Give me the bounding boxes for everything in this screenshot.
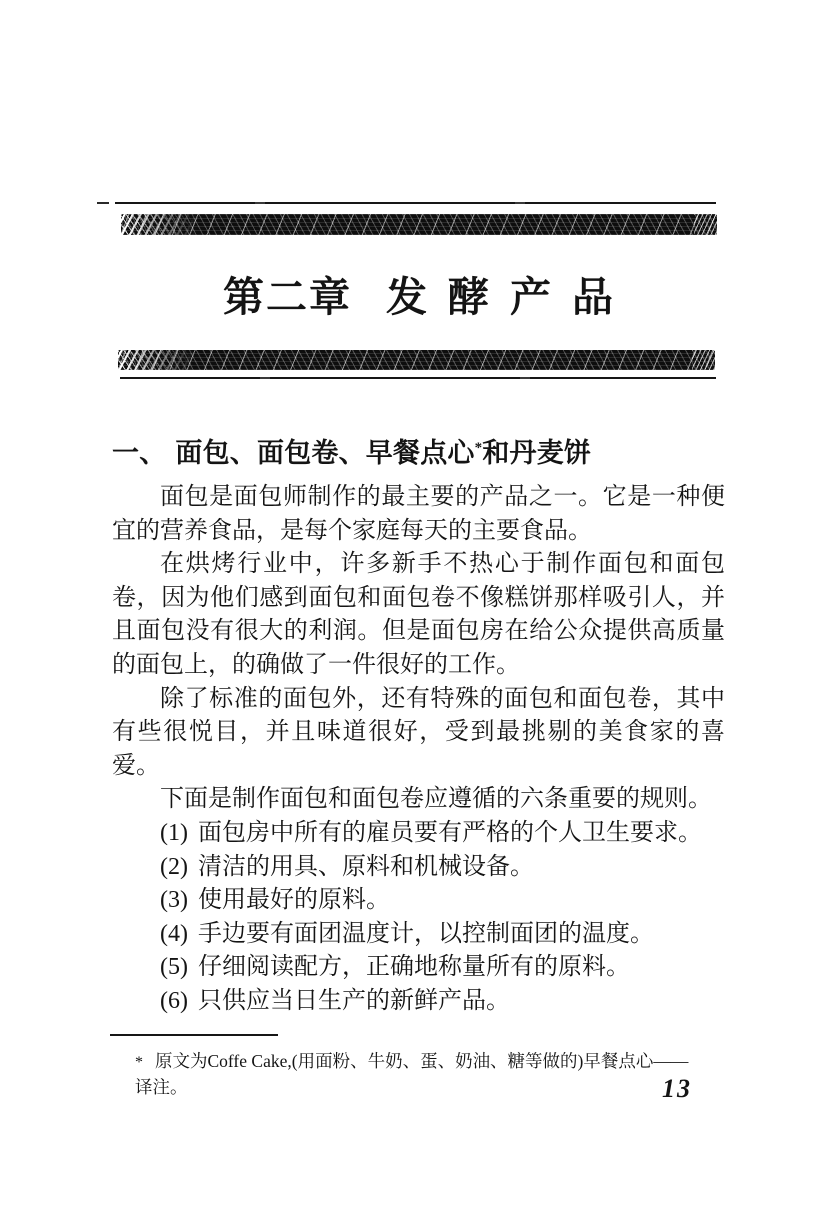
- footnote-text: 原文为Coffe Cake,(用面粉、牛奶、蛋、奶油、糖等做的)早餐点心——译注…: [135, 1051, 688, 1097]
- body-text: 面包是面包师制作的最主要的产品之一。它是一种便宜的营养食品，是每个家庭每天的主要…: [112, 481, 725, 1019]
- chapter-ornament-band-bottom: [118, 350, 715, 370]
- rule-item-number: (2): [160, 854, 188, 880]
- rule-item-text: 手边要有面团温度计，以控制面团的温度。: [198, 921, 654, 947]
- footnote-marker: *: [135, 1054, 143, 1071]
- rule-item-number: (4): [160, 921, 188, 947]
- section-heading: 一、面包、面包卷、早餐点心*和丹麦饼: [112, 431, 591, 470]
- section-title-part1: 面包、面包卷、早餐点心: [175, 438, 474, 468]
- book-page: 第二章发酵产品 一、面包、面包卷、早餐点心*和丹麦饼 面包是面包师制作的最主要的…: [0, 0, 835, 1205]
- rule-item-text: 面包房中所有的雇员要有严格的个人卫生要求。: [198, 820, 702, 846]
- section-number: 一、: [112, 438, 166, 468]
- rule-list-item: (2)清洁的用具、原料和机械设备。: [112, 851, 725, 885]
- rule-list-item: (4)手边要有面团温度计，以控制面团的温度。: [112, 918, 725, 952]
- rule-list-item: (1)面包房中所有的雇员要有严格的个人卫生要求。: [112, 817, 725, 851]
- rule-list-item: (5)仔细阅读配方，正确地称量所有的原料。: [112, 951, 725, 985]
- footnote-divider-rule: [110, 1034, 278, 1036]
- section-title-part2: 和丹麦饼: [482, 438, 591, 468]
- footnote: *原文为Coffe Cake,(用面粉、牛奶、蛋、奶油、糖等做的)早餐点心——译…: [135, 1049, 705, 1099]
- top-rule: [115, 202, 716, 204]
- rule-item-number: (3): [160, 887, 188, 913]
- chapter-label: 第二章: [223, 274, 352, 320]
- rule-item-text: 只供应当日生产的新鲜产品。: [198, 988, 510, 1014]
- paragraph: 下面是制作面包和面包卷应遵循的六条重要的规则。: [112, 783, 725, 817]
- rule-item-text: 仔细阅读配方，正确地称量所有的原料。: [198, 954, 630, 980]
- ornament-underline-rule: [120, 377, 716, 379]
- chapter-name: 发酵产品: [386, 274, 634, 320]
- rule-item-text: 使用最好的原料。: [198, 887, 390, 913]
- paragraph: 除了标准的面包外，还有特殊的面包和面包卷，其中有些很悦目，并且味道很好，受到最挑…: [112, 683, 725, 784]
- rule-item-text: 清洁的用具、原料和机械设备。: [198, 854, 534, 880]
- page-number: 13: [662, 1074, 692, 1104]
- rule-item-number: (1): [160, 820, 188, 846]
- rule-item-number: (6): [160, 988, 188, 1014]
- paragraph: 在烘烤行业中，许多新手不热心于制作面包和面包卷，因为他们感到面包和面包卷不像糕饼…: [112, 548, 725, 682]
- chapter-ornament-band-top: [121, 214, 717, 235]
- chapter-title: 第二章发酵产品: [112, 264, 724, 323]
- paragraph: 面包是面包师制作的最主要的产品之一。它是一种便宜的营养食品，是每个家庭每天的主要…: [112, 481, 725, 548]
- rule-item-number: (5): [160, 954, 188, 980]
- rule-list-item: (6)只供应当日生产的新鲜产品。: [112, 985, 725, 1019]
- rule-list-item: (3)使用最好的原料。: [112, 884, 725, 918]
